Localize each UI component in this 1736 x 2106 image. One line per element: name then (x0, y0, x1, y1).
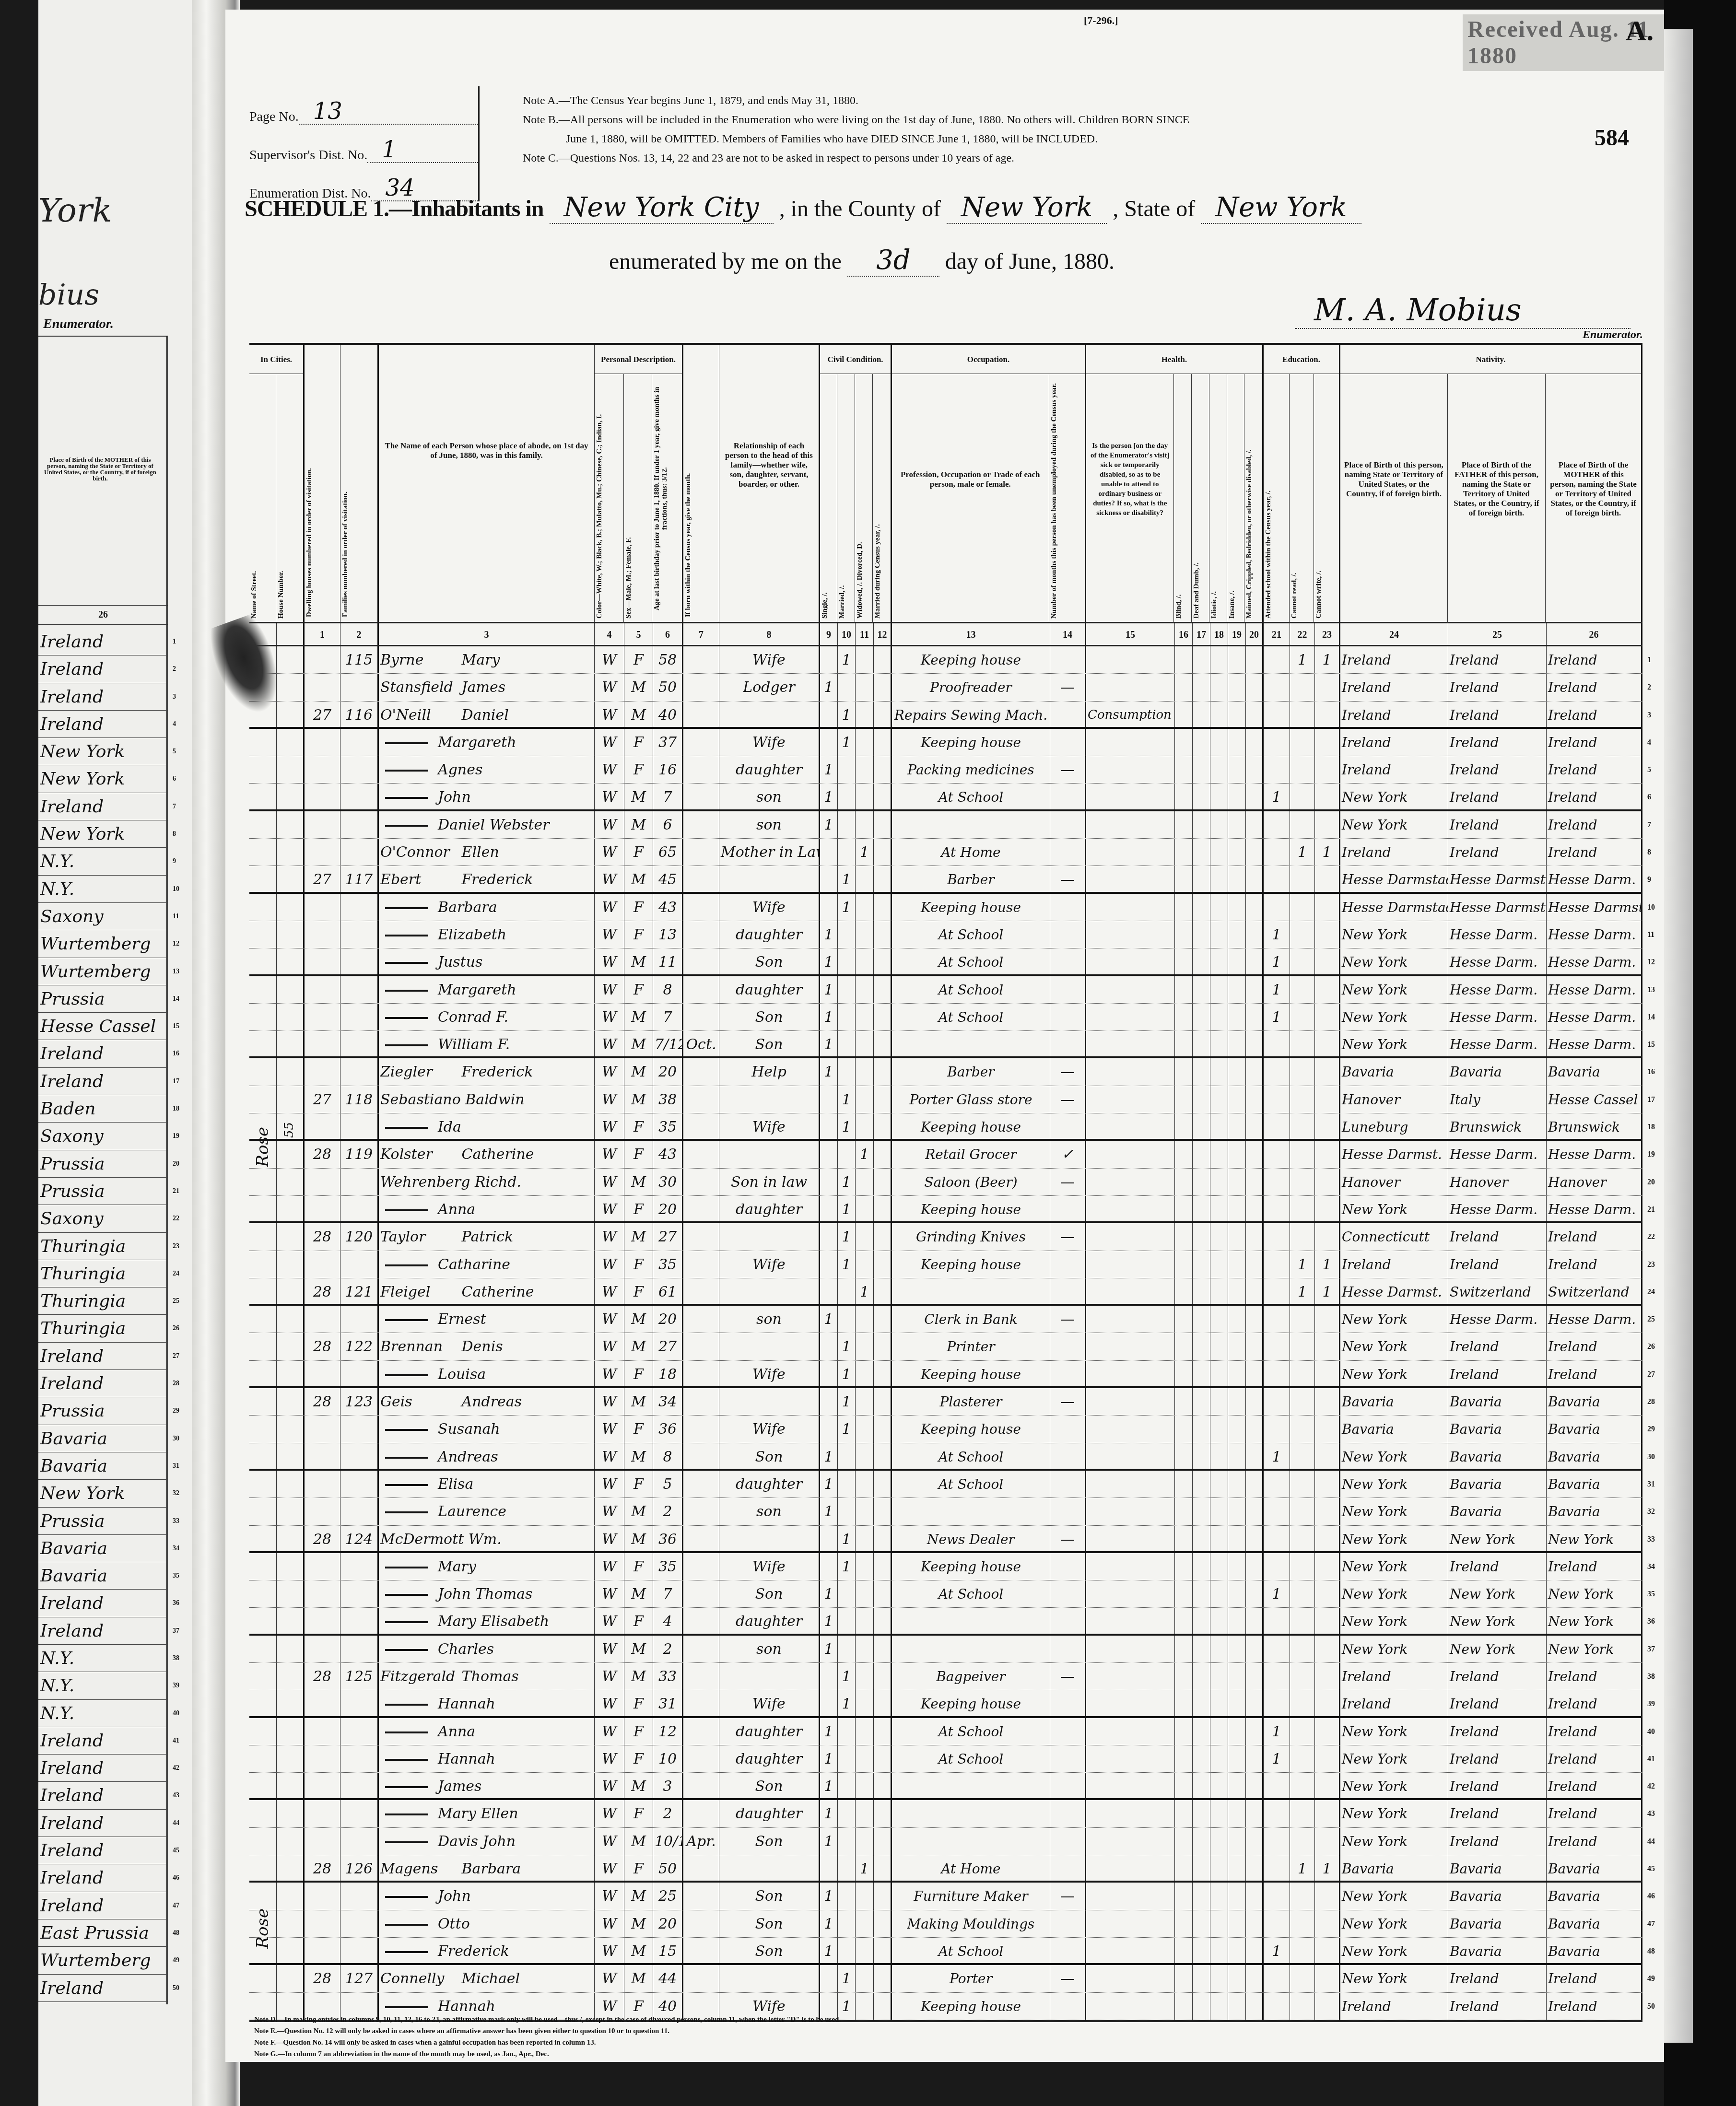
cell-widowed (856, 1443, 874, 1469)
empty-cell (249, 1690, 277, 1716)
cell-father: Brunswick (1448, 1113, 1547, 1139)
empty-cell (1246, 784, 1264, 809)
empty-cell (277, 1498, 305, 1525)
cell-single (820, 866, 838, 891)
empty-cell (249, 1580, 277, 1607)
cell-month (683, 784, 719, 809)
empty-cell (1193, 674, 1210, 701)
cell-family (340, 1498, 379, 1525)
cell-birth: Hanover (1340, 1169, 1448, 1195)
cell-unemployed: — (1050, 1058, 1086, 1085)
cell-relation: daughter (719, 1745, 820, 1772)
cell-unemployed (1050, 1498, 1086, 1525)
cell-dwelling: 28 (305, 1278, 340, 1304)
cell-month (683, 1333, 719, 1360)
empty-cell (1210, 1086, 1228, 1113)
previous-page-line-number: 17 (173, 1068, 192, 1095)
person-name: Otto (379, 1910, 595, 1937)
empty-cell (874, 756, 892, 783)
surname: Ziegler (380, 1058, 457, 1085)
empty-cell (249, 1663, 277, 1690)
cell-father: Hesse Darm. (1448, 948, 1547, 974)
street-name-note-2: Rose (253, 1908, 272, 1949)
previous-page-line-number: 40 (173, 1700, 192, 1727)
person-name: Margareth (379, 976, 595, 1003)
previous-page-cell: Ireland (38, 655, 168, 683)
cell-read (1290, 756, 1315, 783)
cell-birth: New York (1340, 1498, 1448, 1525)
empty-cell (1246, 1306, 1264, 1333)
given-name: Louisa (438, 1366, 486, 1383)
empty-cell (249, 1058, 277, 1085)
cell-widowed (856, 1031, 874, 1056)
empty-cell (874, 1553, 892, 1580)
table-row: FrederickWM15Son1At School1New YorkBavar… (249, 1938, 1642, 1965)
cell-family (340, 921, 379, 948)
cell-mother: Ireland (1547, 1361, 1642, 1386)
cell-month (683, 1690, 719, 1716)
cell-month (683, 702, 719, 727)
cell-occupation (892, 1773, 1050, 1798)
cell-sick (1086, 1965, 1175, 1992)
cell-sex: M (624, 1580, 653, 1607)
person-name: Elisa (379, 1471, 595, 1498)
cell-dwelling (305, 1580, 340, 1607)
cell-write (1315, 702, 1340, 727)
cell-relation: son (719, 784, 820, 809)
cell-father: Ireland (1448, 1553, 1547, 1580)
cell-sick (1086, 1526, 1175, 1551)
given-name: Margareth (438, 734, 516, 751)
empty-cell (1175, 1773, 1193, 1798)
empty-cell (874, 1938, 892, 1963)
cell-single: 1 (820, 1910, 838, 1937)
empty-cell (874, 1141, 892, 1168)
empty-cell (249, 1169, 277, 1195)
given-name: Davis John (438, 1833, 516, 1850)
empty-cell (277, 1169, 305, 1195)
empty-cell (1193, 1663, 1210, 1690)
line-number: 36 (1647, 1608, 1666, 1635)
cell-read (1290, 866, 1315, 891)
cell-dwelling (305, 811, 340, 838)
line-number: 14 (1647, 1004, 1666, 1031)
cell-occupation (892, 1608, 1050, 1633)
cell-unemployed (1050, 1938, 1086, 1963)
cell-unemployed (1050, 1251, 1086, 1278)
cell-dwelling (305, 1498, 340, 1525)
empty-cell (277, 1416, 305, 1442)
previous-page-line-number: 44 (173, 1810, 192, 1837)
previous-page-cell: Ireland (38, 1370, 168, 1397)
cell-month (683, 1223, 719, 1250)
empty-cell (1175, 1636, 1193, 1662)
cell-birth: New York (1340, 948, 1448, 974)
empty-cell (874, 1306, 892, 1333)
cell-widowed (856, 1636, 874, 1662)
cell-married (838, 1828, 856, 1855)
schedule-title-line: SCHEDULE 1.—Inhabitants in New York City… (245, 192, 1645, 224)
empty-cell (277, 839, 305, 866)
empty-cell (1210, 674, 1228, 701)
cell-sex: F (624, 1416, 653, 1442)
empty-cell (277, 1361, 305, 1386)
cell-mother: Hesse Cassel (1547, 1086, 1642, 1113)
table-row: 28122Brennan DenisWM271PrinterNew YorkIr… (249, 1333, 1642, 1360)
cell-father: Ireland (1448, 1718, 1547, 1745)
cell-married: 1 (838, 729, 856, 756)
cell-color: W (595, 1361, 624, 1386)
surname: Brennan (380, 1333, 457, 1360)
given-name: William F. (438, 1036, 510, 1053)
cell-read (1290, 1306, 1315, 1333)
cell-school (1264, 1086, 1290, 1113)
cell-relation: daughter (719, 976, 820, 1003)
empty-cell (1210, 1965, 1228, 1992)
line-number: 43 (1647, 1800, 1666, 1827)
enumeration-prefix: enumerated by me on the (609, 249, 842, 274)
person-name: William F. (379, 1031, 595, 1056)
cell-read (1290, 1800, 1315, 1827)
cell-widowed (856, 1388, 874, 1415)
previous-page-line-number: 42 (173, 1755, 192, 1782)
surname: Magens (380, 1855, 457, 1881)
empty-cell (1210, 1580, 1228, 1607)
empty-cell (249, 1004, 277, 1030)
cell-write (1315, 1416, 1340, 1442)
cell-relation: daughter (719, 1800, 820, 1827)
cell-widowed (856, 784, 874, 809)
previous-page-cell: Hesse Cassel (38, 1013, 168, 1040)
cell-month (683, 1498, 719, 1525)
cell-sex: M (624, 1828, 653, 1855)
cell-father: Ireland (1448, 1828, 1547, 1855)
cell-father: Ireland (1448, 1361, 1547, 1386)
header-relationship: Relationship of each person to the head … (719, 345, 819, 489)
empty-cell (1175, 1553, 1193, 1580)
empty-cell (249, 1965, 277, 1992)
cell-married (838, 674, 856, 701)
cell-married (838, 1058, 856, 1085)
cell-relation: Son (719, 1910, 820, 1937)
cell-write (1315, 756, 1340, 783)
empty-cell (1175, 1058, 1193, 1085)
header-school: Attended school within the Census year, … (1264, 374, 1273, 623)
previous-page-column-number: 26 (38, 605, 168, 625)
cell-family: 127 (340, 1965, 379, 1992)
person-name: McDermott Wm. (379, 1526, 595, 1551)
cell-married (838, 839, 856, 866)
cell-family (340, 1938, 379, 1963)
cell-family (340, 729, 379, 756)
column-number: 23 (1315, 623, 1340, 645)
cell-school (1264, 1773, 1290, 1798)
same-surname-dash (385, 1017, 428, 1019)
empty-cell (1228, 1141, 1246, 1168)
empty-cell (1210, 1938, 1228, 1963)
previous-page-line-number: 4 (173, 711, 192, 738)
previous-page-cell: Ireland (38, 1590, 168, 1617)
empty-cell (1246, 674, 1264, 701)
table-row: MaryWF35Wife1Keeping houseNew YorkIrelan… (249, 1553, 1642, 1580)
cell-birth: Ireland (1340, 839, 1448, 866)
cell-read (1290, 1031, 1315, 1056)
empty-cell (249, 894, 277, 921)
previous-page-cell: Prussia (38, 1150, 168, 1178)
cell-sick (1086, 1251, 1175, 1278)
cell-widowed (856, 1690, 874, 1716)
empty-cell (874, 1636, 892, 1662)
cell-birth: Ireland (1340, 1251, 1448, 1278)
cell-age: 20 (653, 1306, 683, 1333)
previous-page-line-number: 21 (173, 1178, 192, 1205)
previous-page-cell: Bavaria (38, 1425, 168, 1452)
cell-sick (1086, 1086, 1175, 1113)
previous-page-cell: New York (38, 1480, 168, 1507)
cell-married: 1 (838, 894, 856, 921)
cell-single (820, 839, 838, 866)
person-name: Ziegler Frederick (379, 1058, 595, 1085)
cell-write (1315, 976, 1340, 1003)
empty-cell (1210, 1004, 1228, 1030)
cell-relation: daughter (719, 756, 820, 783)
empty-cell (1210, 1333, 1228, 1360)
cell-sex: F (624, 1141, 653, 1168)
column-number: 10 (838, 623, 856, 645)
person-name: Kolster Catherine (379, 1141, 595, 1168)
cell-married (838, 1031, 856, 1056)
given-name: Agnes (438, 761, 482, 778)
cell-write (1315, 1471, 1340, 1498)
cell-age: 20 (653, 1058, 683, 1085)
line-number: 18 (1647, 1113, 1666, 1141)
empty-cell (1175, 1361, 1193, 1386)
cell-mother: Ireland (1547, 1800, 1642, 1827)
cell-unemployed: — (1050, 1965, 1086, 1992)
cell-color: W (595, 1553, 624, 1580)
cell-sex: M (624, 1058, 653, 1085)
cell-widowed (856, 1004, 874, 1030)
empty-cell (277, 1965, 305, 1992)
cell-single (820, 1333, 838, 1360)
cell-month: Oct. (683, 1031, 719, 1056)
empty-cell (1175, 1828, 1193, 1855)
empty-cell (1193, 1553, 1210, 1580)
same-surname-dash (385, 1813, 428, 1815)
cell-read (1290, 1883, 1315, 1909)
empty-cell (1193, 1086, 1210, 1113)
cell-mother: Ireland (1547, 1965, 1642, 1992)
cell-sex: F (624, 894, 653, 921)
person-name: Ebert Frederick (379, 866, 595, 891)
cell-birth: Ireland (1340, 674, 1448, 701)
cell-father: Bavaria (1448, 1416, 1547, 1442)
cell-month (683, 948, 719, 974)
cell-sick (1086, 811, 1175, 838)
person-name: Fleigel Catherine (379, 1278, 595, 1304)
empty-cell (1175, 1526, 1193, 1551)
cell-sex: M (624, 811, 653, 838)
cell-widowed (856, 976, 874, 1003)
cell-birth: New York (1340, 1718, 1448, 1745)
cell-relation: Wife (719, 1690, 820, 1716)
cell-birth: Ireland (1340, 1690, 1448, 1716)
cell-sick (1086, 1608, 1175, 1633)
cell-write (1315, 811, 1340, 838)
cell-write (1315, 1004, 1340, 1030)
cell-sick (1086, 1416, 1175, 1442)
line-number: 4 (1647, 729, 1666, 756)
cell-occupation: News Dealer (892, 1526, 1050, 1551)
cell-sex: M (624, 674, 653, 701)
cell-dwelling (305, 1031, 340, 1056)
line-number: 11 (1647, 921, 1666, 948)
previous-page-line-numbers: 1234567891011121314151617181920212223242… (173, 628, 192, 2002)
empty-cell (1210, 1800, 1228, 1827)
cell-read (1290, 1773, 1315, 1798)
empty-cell (277, 1141, 305, 1168)
table-row: ElisaWF5daughter1At SchoolNew YorkBavari… (249, 1471, 1642, 1498)
empty-cell (1193, 1855, 1210, 1881)
cell-sex: M (624, 1086, 653, 1113)
previous-page-line-number: 11 (173, 903, 192, 930)
cell-school (1264, 1471, 1290, 1498)
given-name: Hannah (438, 1696, 495, 1712)
cell-sex: M (624, 948, 653, 974)
cell-color: W (595, 646, 624, 673)
empty-cell (1246, 1773, 1264, 1798)
previous-page-cell: Bavaria (38, 1535, 168, 1562)
cell-school: 1 (1264, 1580, 1290, 1607)
header-birth-mother: Place of Birth of the MOTHER of this per… (1546, 374, 1641, 518)
header-widowed: Widowed, /. Divorced, D. (855, 374, 865, 623)
empty-cell (1193, 1526, 1210, 1551)
empty-cell (1246, 1141, 1264, 1168)
cell-relation: daughter (719, 1196, 820, 1221)
cell-family (340, 894, 379, 921)
cell-month (683, 1608, 719, 1633)
cell-unemployed (1050, 839, 1086, 866)
cell-write (1315, 1169, 1340, 1195)
cell-age: 37 (653, 729, 683, 756)
cell-single: 1 (820, 1800, 838, 1827)
table-row: John ThomasWM7Son1At School1New YorkNew … (249, 1580, 1642, 1608)
table-row: Davis JohnWM10/12Apr.Son1New YorkIreland… (249, 1828, 1642, 1855)
cell-single: 1 (820, 1498, 838, 1525)
cell-widowed (856, 702, 874, 727)
same-surname-dash (385, 1649, 428, 1651)
cell-color: W (595, 1636, 624, 1662)
empty-cell (874, 811, 892, 838)
cell-write: 1 (1315, 839, 1340, 866)
table-row: Conrad F.WM7Son1At School1New YorkHesse … (249, 1004, 1642, 1031)
empty-cell (1193, 1306, 1210, 1333)
empty-cell (1210, 1223, 1228, 1250)
cell-mother: Ireland (1547, 702, 1642, 727)
cell-relation (719, 1965, 820, 1992)
person-name: Charles (379, 1636, 595, 1662)
cell-color: W (595, 1718, 624, 1745)
cell-relation: Wife (719, 646, 820, 673)
cell-relation (719, 1388, 820, 1415)
cell-family (340, 1306, 379, 1333)
cell-single: 1 (820, 1938, 838, 1963)
cell-sex: F (624, 839, 653, 866)
empty-cell (1193, 702, 1210, 727)
cell-age: 36 (653, 1416, 683, 1442)
empty-cell (277, 1580, 305, 1607)
table-row: O'Connor EllenWF65Mother in Law1At Home1… (249, 839, 1642, 866)
cell-occupation: At Home (892, 839, 1050, 866)
cell-age: 11 (653, 948, 683, 974)
same-surname-dash (385, 1759, 428, 1761)
cell-relation: Wife (719, 729, 820, 756)
empty-cell (1193, 1058, 1210, 1085)
cell-dwelling (305, 1718, 340, 1745)
header-occupation-group: Occupation. Profession, Occupation or Tr… (892, 345, 1086, 622)
cell-birth: New York (1340, 1938, 1448, 1963)
previous-page-cell: New York (38, 820, 168, 848)
cell-married: 1 (838, 646, 856, 673)
cell-read: 1 (1290, 1251, 1315, 1278)
cell-write (1315, 674, 1340, 701)
cell-age: 31 (653, 1690, 683, 1716)
line-number: 8 (1647, 839, 1666, 866)
cell-unemployed (1050, 1773, 1086, 1798)
empty-cell (1193, 894, 1210, 921)
given-name: Wm. (469, 1531, 502, 1548)
empty-cell (1246, 1910, 1264, 1937)
census-page: [7-296.] Received Aug. 11 1880 A. 584 Pa… (225, 10, 1664, 2062)
cell-sex: F (624, 1690, 653, 1716)
cell-color: W (595, 1251, 624, 1278)
cell-school (1264, 1278, 1290, 1304)
cell-single (820, 702, 838, 727)
person-name: O'Connor Ellen (379, 839, 595, 866)
empty-cell (874, 1800, 892, 1827)
footnote-e: Note E.—Question No. 12 will only be ask… (254, 2025, 1405, 2037)
table-row: 28121Fleigel CatherineWF61111Hesse Darms… (249, 1278, 1642, 1306)
cell-color: W (595, 1608, 624, 1633)
cell-single (820, 1965, 838, 1992)
empty-cell (277, 1910, 305, 1937)
given-name: Richd. (475, 1174, 521, 1191)
cell-dwelling: 28 (305, 1388, 340, 1415)
empty-cell (1228, 756, 1246, 783)
cell-month (683, 1580, 719, 1607)
sheet-number: 584 (1595, 125, 1629, 151)
education-title: Education. (1264, 345, 1339, 374)
cell-unemployed (1050, 1910, 1086, 1937)
previous-page-cell: Thuringia (38, 1260, 168, 1287)
header-married-year: Married during Census year, /. (873, 374, 882, 623)
empty-cell (277, 1306, 305, 1333)
cell-color: W (595, 1141, 624, 1168)
cell-married (838, 1636, 856, 1662)
cell-unemployed: — (1050, 1663, 1086, 1690)
cell-color: W (595, 1113, 624, 1139)
empty-cell (1246, 1113, 1264, 1139)
empty-cell (249, 1031, 277, 1056)
empty-cell (249, 1800, 277, 1827)
empty-cell (1175, 1938, 1193, 1963)
cell-sick (1086, 1141, 1175, 1168)
previous-page-line-number: 6 (173, 765, 192, 793)
empty-cell (249, 948, 277, 974)
occupation-title: Occupation. (892, 345, 1085, 374)
cell-read (1290, 1828, 1315, 1855)
cell-family (340, 839, 379, 866)
